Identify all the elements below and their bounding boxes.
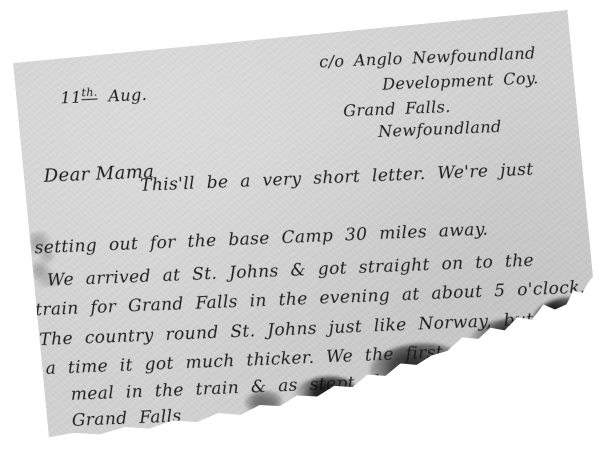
sender-address-line-4: Newfoundland <box>378 117 502 141</box>
letter-line: meal in the train & as stept the <box>70 371 396 404</box>
letter-date: 11th. Aug. <box>60 83 147 107</box>
scanned-letter-page: c/o Anglo Newfoundland Development Coy. … <box>0 0 600 452</box>
letter-salutation: Dear Mama <box>43 161 154 187</box>
sender-address-line-3: Grand Falls. <box>343 97 451 120</box>
sender-address-line-1: c/o Anglo Newfoundland <box>319 43 536 71</box>
sender-address-line-2: Development Coy. <box>382 68 539 93</box>
letter-line: This'll be a very short letter. We're ju… <box>140 160 534 196</box>
handwriting-layer: c/o Anglo Newfoundland Development Coy. … <box>13 40 585 443</box>
letter-paper: c/o Anglo Newfoundland Development Coy. … <box>13 10 600 441</box>
letter-line: setting out for the base Camp 30 miles a… <box>34 219 488 258</box>
letter-date-month: Aug. <box>108 85 148 106</box>
letter-date-suffix: th. <box>81 86 98 101</box>
letter-line: Grand Falls <box>71 406 182 431</box>
letter-date-day: 11 <box>60 88 82 108</box>
